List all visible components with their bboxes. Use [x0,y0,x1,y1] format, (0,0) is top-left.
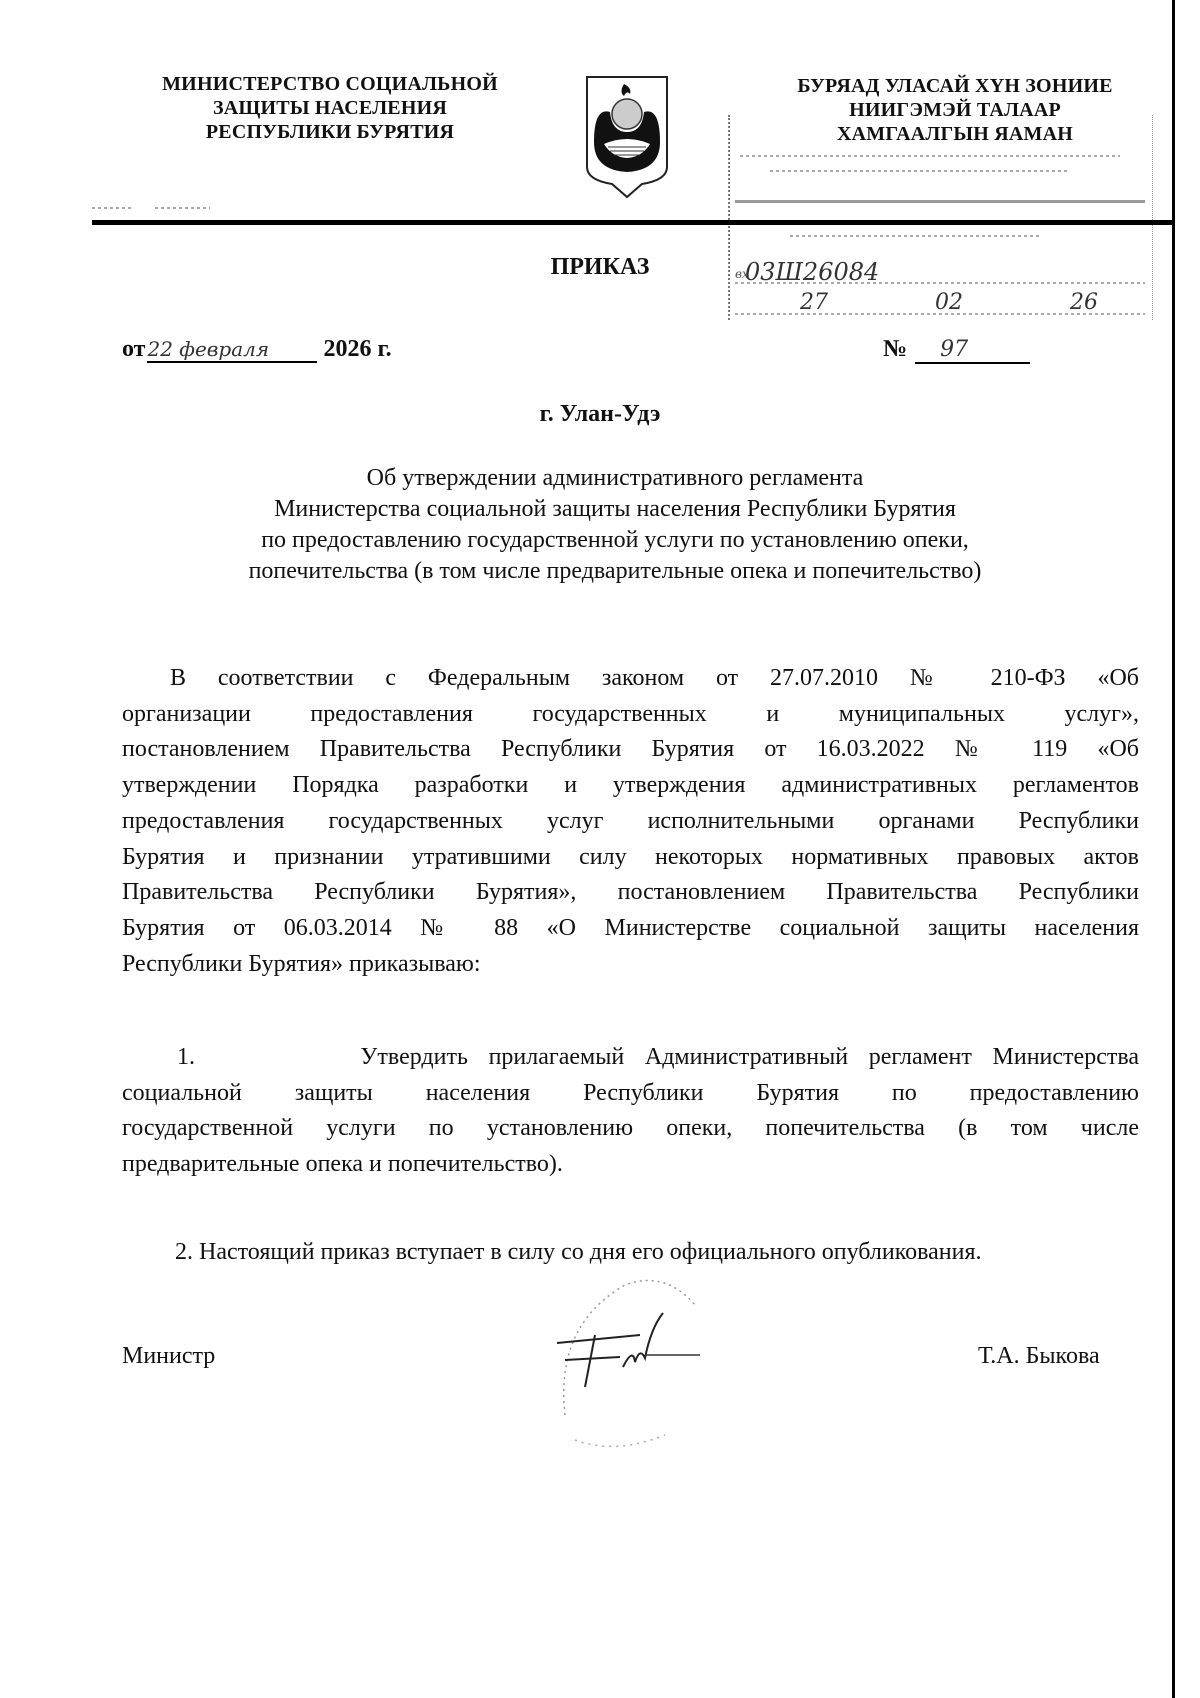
date-handwritten: 22 февраля [147,337,317,363]
city: г. Улан-Удэ [0,401,1200,428]
date-year: 2026 г. [323,336,391,362]
document-type-title: ПРИКАЗ [0,254,1200,281]
header-line: БУРЯАД УЛАСАЙ ХҮН ЗОНИИЕ [755,74,1155,98]
subject-line: Министерства социальной защиты населения… [150,494,1080,525]
header-line: МИНИСТЕРСТВО СОЦИАЛЬНОЙ [130,72,530,96]
signer-name: Т.А. Быкова [978,1343,1100,1370]
preamble-paragraph: В соответствии с Федеральным законом от … [122,661,1139,982]
text-line: предоставления государственных услуг исп… [122,804,1139,840]
header-line: РЕСПУБЛИКИ БУРЯТИЯ [130,120,530,144]
subject-line: Об утверждении административного регламе… [150,463,1080,494]
stamp-day: 27 [800,290,828,315]
subject-line: по предоставлению государственной услуги… [150,525,1080,556]
stamp-month: 02 [935,290,963,315]
signer-title: Министр [122,1343,215,1370]
text-line: 1. Утвердить прилагаемый Административны… [122,1040,1139,1076]
signature-with-seal-icon [545,1265,745,1455]
header-divider [92,220,1172,225]
number-label: № [883,336,907,362]
text-line: Бурятия и признании утратившими силу нек… [122,840,1139,876]
text-line: постановлением Правительства Республики … [122,732,1139,768]
text-line: утверждении Порядка разработки и утвержд… [122,768,1139,804]
scan-artifact [155,207,210,209]
number-handwritten: 97 [915,337,1030,364]
order-item-1: 1. Утвердить прилагаемый Административны… [122,1040,1139,1183]
subject-line: попечительства (в том числе предваритель… [150,556,1080,587]
text-line: Бурятия от 06.03.2014 № 88 «О Министерст… [122,911,1139,947]
text-line: государственной услуги по установлению о… [122,1111,1139,1147]
ministry-header-russian: МИНИСТЕРСТВО СОЦИАЛЬНОЙ ЗАЩИТЫ НАСЕЛЕНИЯ… [130,72,530,144]
text-line: социальной защиты населения Республики Б… [122,1076,1139,1112]
text-line: организации предоставления государственн… [122,697,1139,733]
coat-of-arms-icon [582,72,672,202]
text-line: Республики Бурятия» приказываю: [122,947,1139,983]
text-line: Правительства Республики Бурятия», поста… [122,875,1139,911]
document-date: от22 февраля2026 г. [122,336,392,363]
header-line: ЗАЩИТЫ НАСЕЛЕНИЯ [130,96,530,120]
document-number: №97 [883,336,1030,364]
scan-artifact [92,207,132,209]
date-prefix: от [122,336,145,362]
document-subject: Об утверждении административного регламе… [150,463,1080,587]
stamp-year: 26 [1070,290,1098,315]
text-line: В соответствии с Федеральным законом от … [122,661,1139,697]
text-line: предварительные опека и попечительство). [122,1147,1139,1183]
